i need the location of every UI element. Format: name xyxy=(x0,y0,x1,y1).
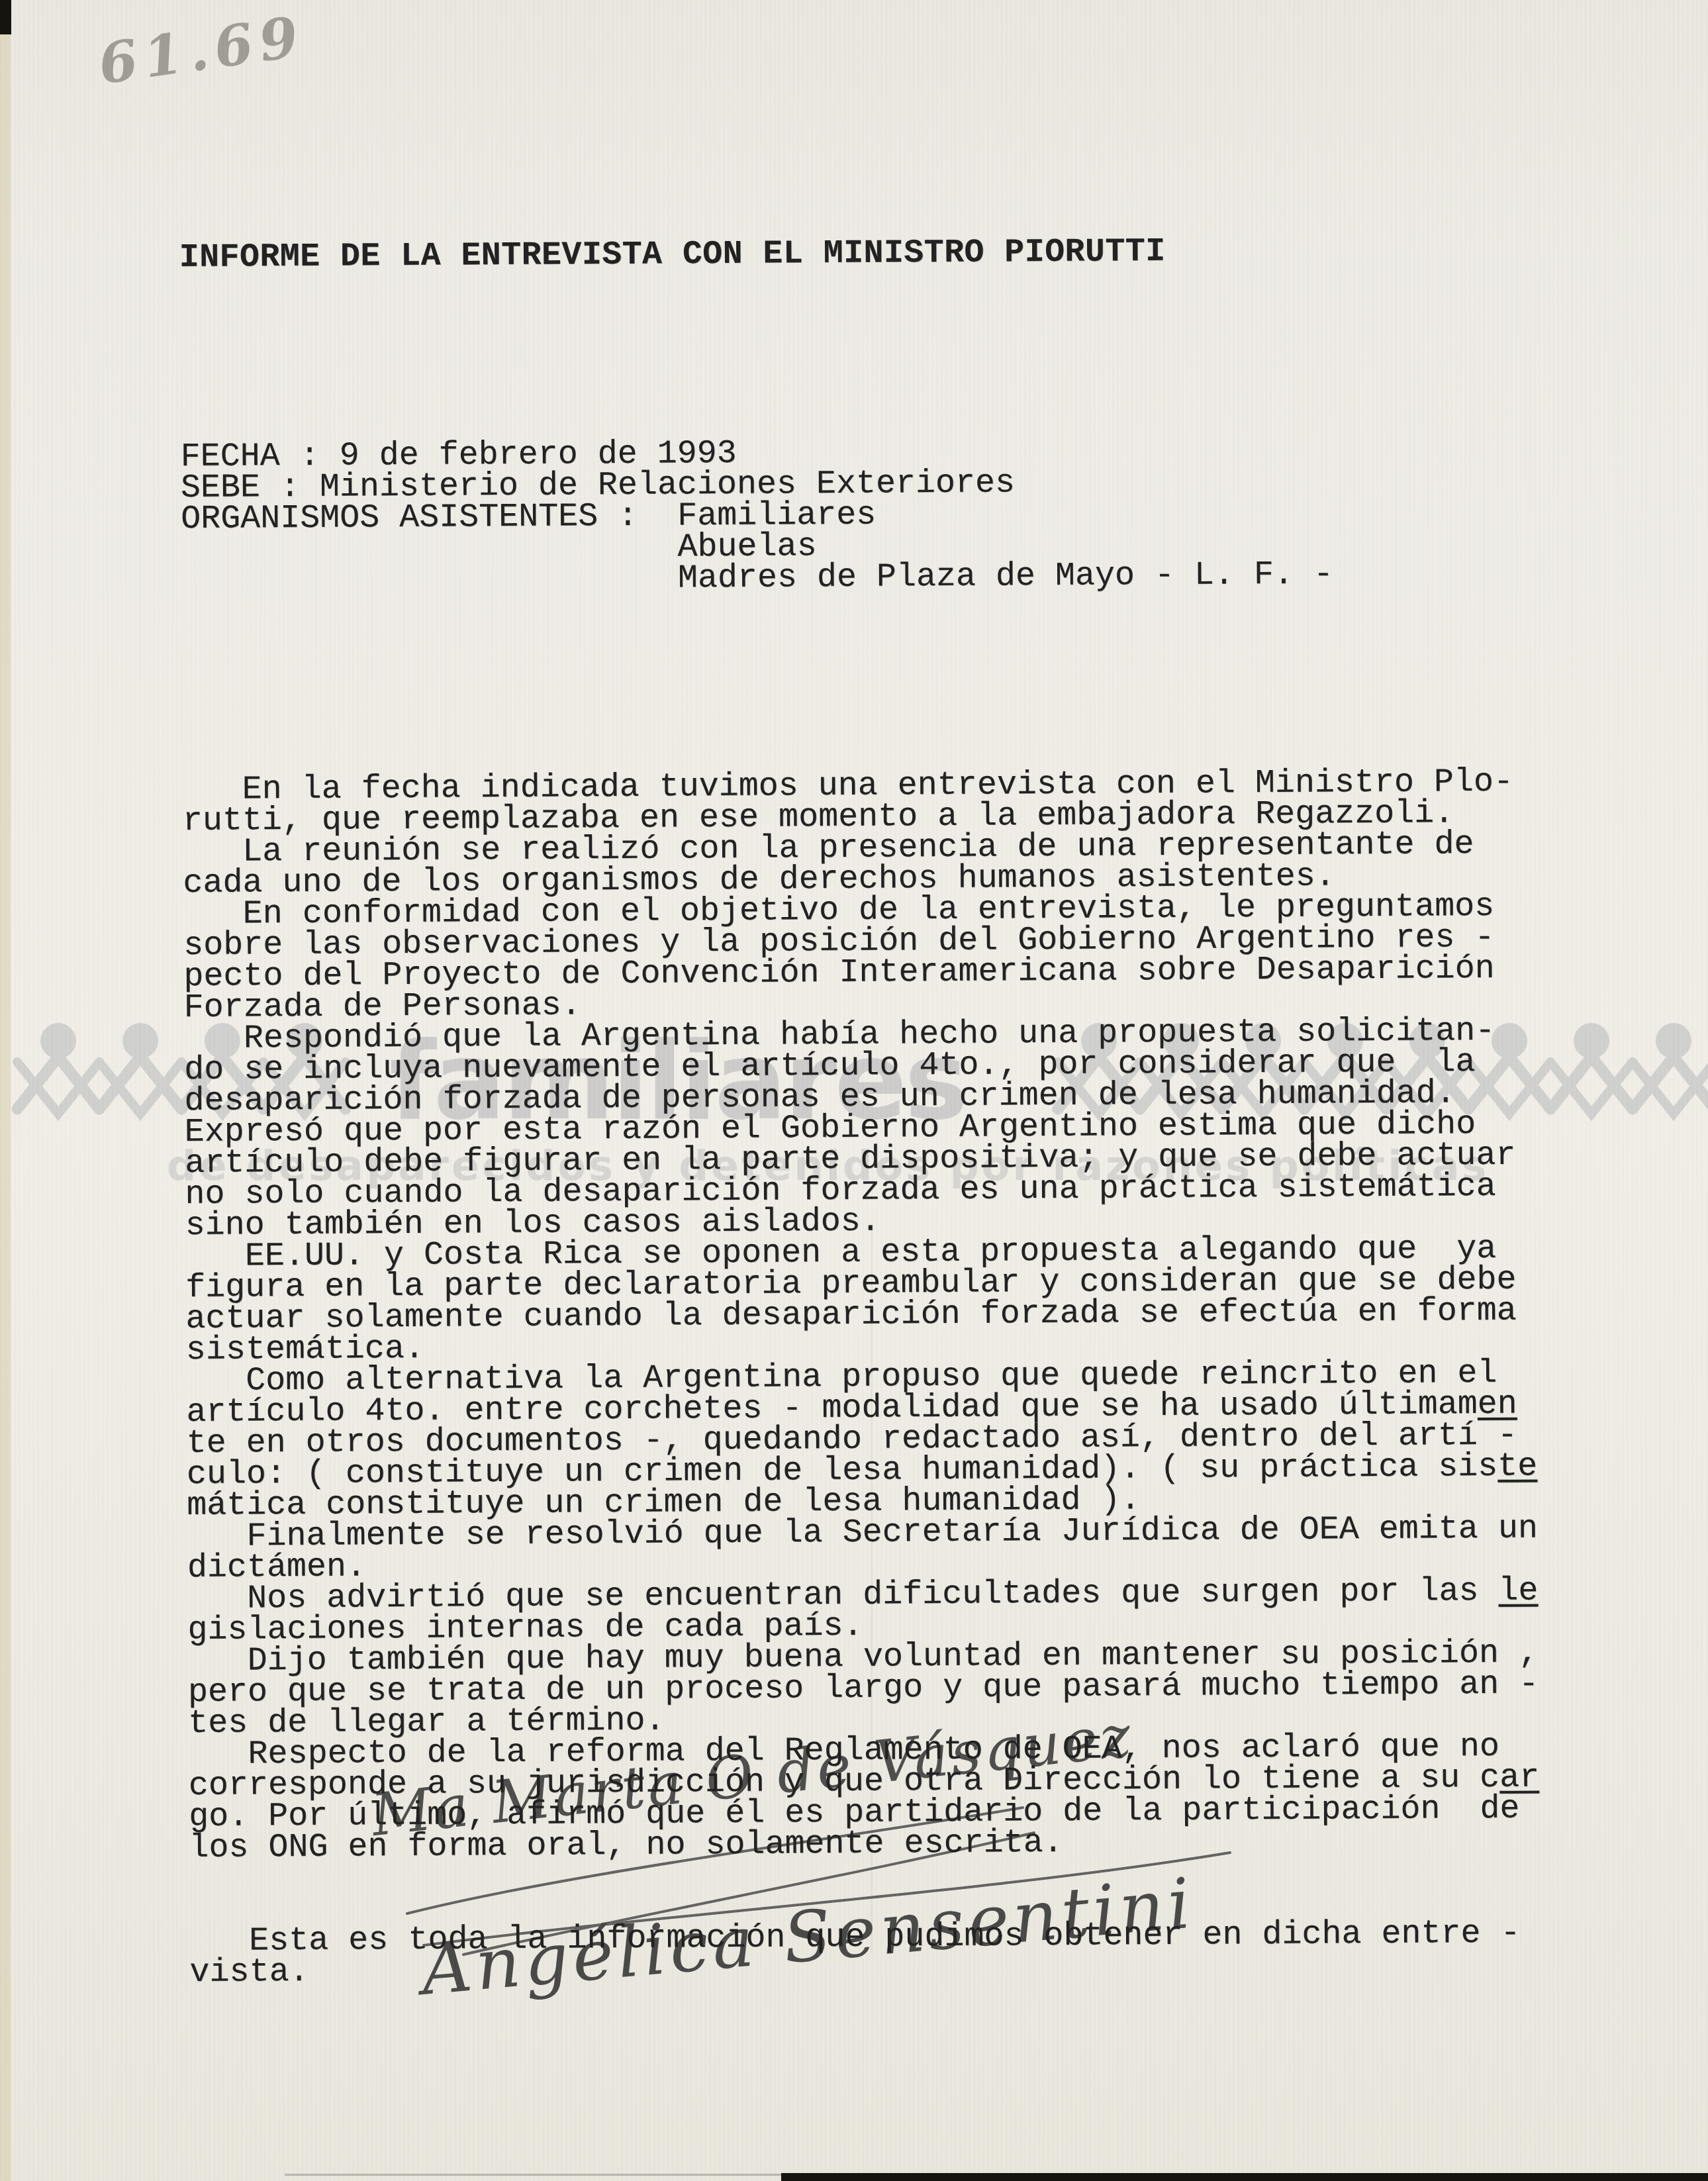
scan-artifact-left-edge xyxy=(0,0,11,2181)
typed-line: pecto del Proyecto de Convención Interam… xyxy=(183,953,1580,993)
typed-line: no solo cuando la desaparición forzada e… xyxy=(185,1171,1582,1210)
typed-text-underlined: te xyxy=(1497,1448,1537,1486)
typed-line: Nos advirtió que se encuentran dificulta… xyxy=(187,1575,1584,1615)
typed-line: actuar solamente cuando la desaparición … xyxy=(185,1295,1582,1335)
typed-line: pero que se trata de un proceso largo y … xyxy=(188,1669,1585,1708)
typed-text-underlined: le xyxy=(1498,1572,1538,1610)
scan-artifact-bottom-hairline xyxy=(285,2174,788,2176)
scan-artifact-bottom-strip xyxy=(781,2173,1708,2181)
spacer xyxy=(181,651,1578,712)
typed-content: INFORME DE LA ENTREVISTA CON EL MINISTRO… xyxy=(179,171,1587,2051)
typed-line: Madres de Plaza de Mayo - L. F. - xyxy=(181,557,1578,597)
typed-line: Finalmente se resolvió que la Secretaría… xyxy=(187,1513,1584,1553)
scanned-document-page: familiares de desaparecidos y detenidos … xyxy=(0,0,1708,2181)
document-title: INFORME DE LA ENTREVISTA CON EL MINISTRO… xyxy=(179,234,1576,273)
document-header: FECHA : 9 de febrero de 1993SEBE : Minis… xyxy=(180,433,1578,597)
pencil-archive-number: 61.69 xyxy=(95,3,309,97)
typed-body: En la fecha indicada tuvimos una entrevi… xyxy=(182,766,1586,1988)
scan-artifact-corner xyxy=(0,0,11,34)
spacer xyxy=(179,327,1576,379)
typed-line: Esta es toda la información que pudimos … xyxy=(189,1917,1586,1957)
